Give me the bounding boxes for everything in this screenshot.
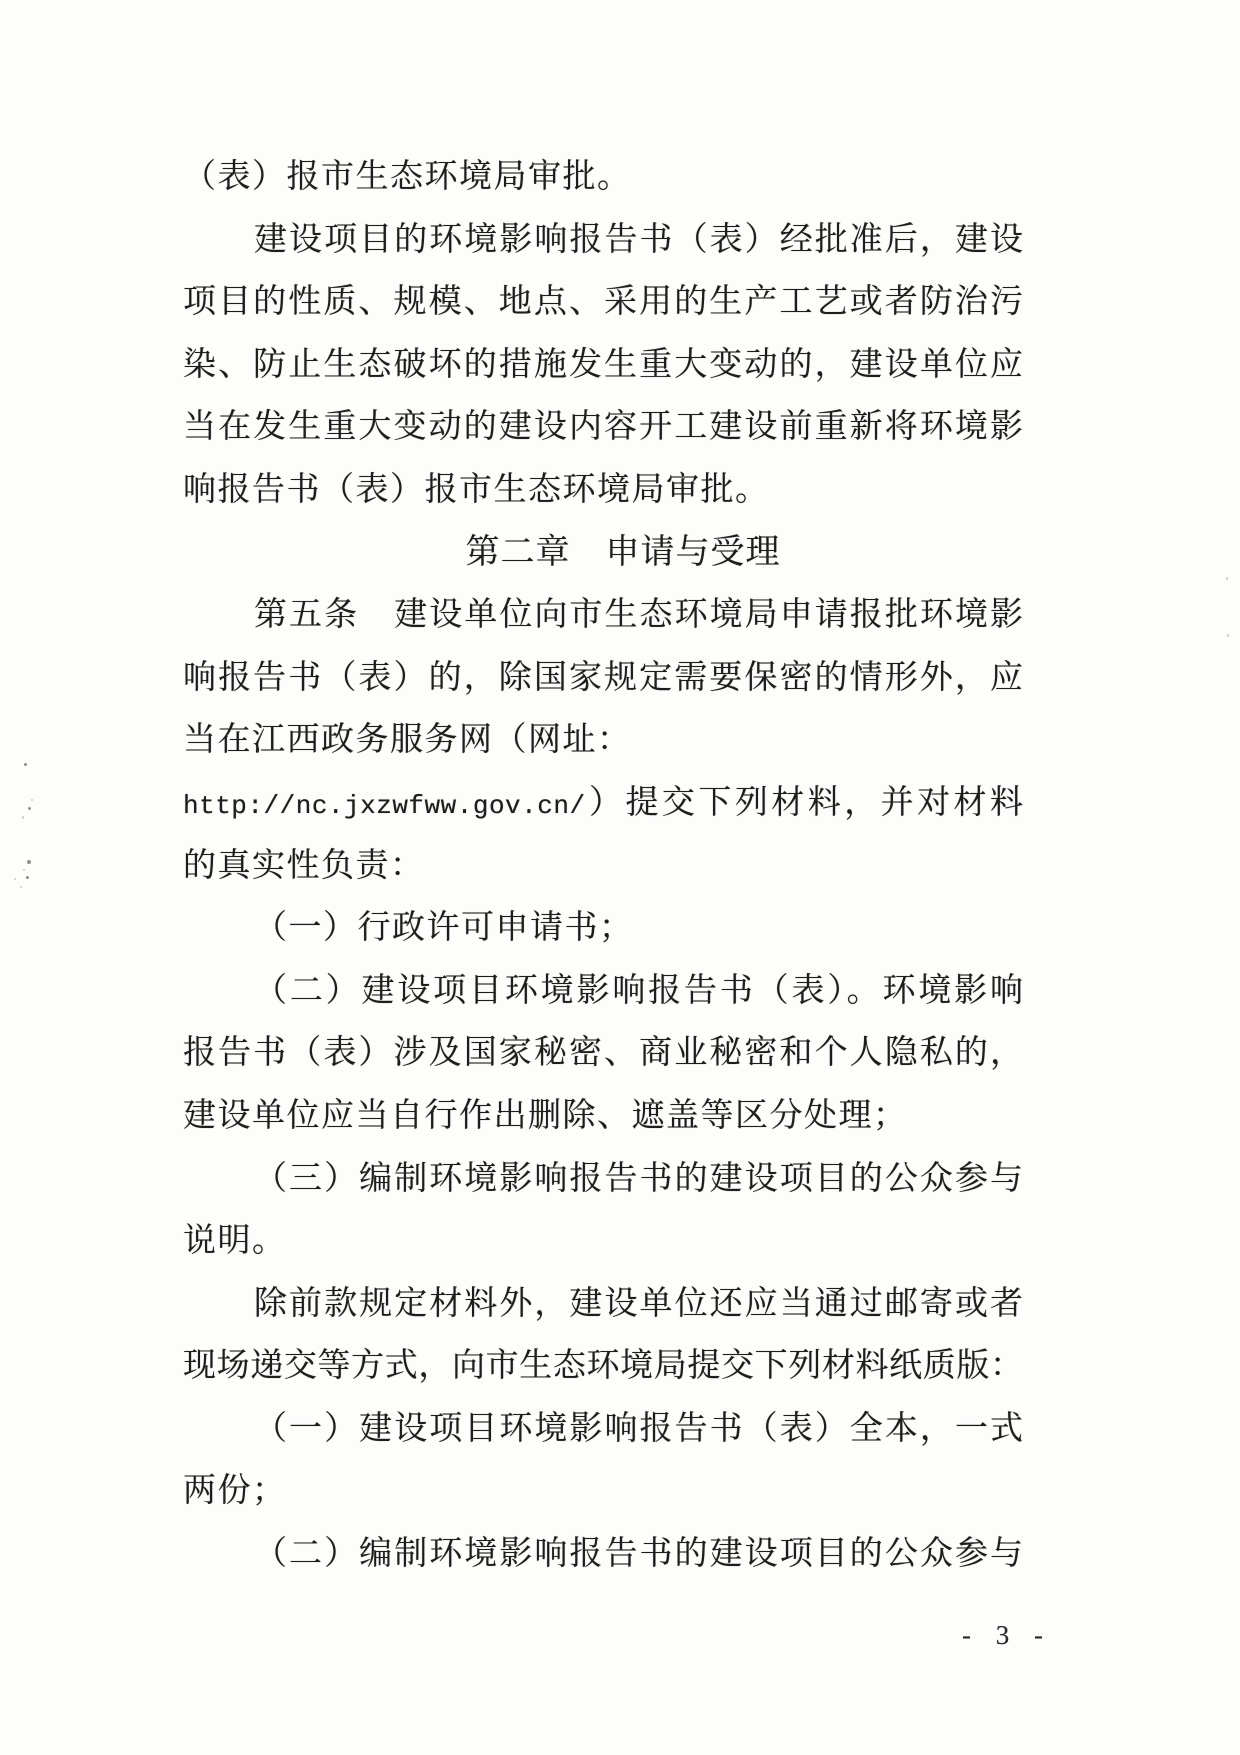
text-line: 染、防止生态破坏的措施发生重大变动的，建设单位应 xyxy=(183,334,1023,397)
chapter-heading: 第二章 申请与受理 xyxy=(183,522,1023,585)
scan-speck xyxy=(22,816,24,819)
text-line: （一）建设项目环境影响报告书（表）全本，一式 xyxy=(183,1398,1023,1461)
scan-speck xyxy=(28,807,31,810)
text-line: 说明。 xyxy=(183,1210,1023,1273)
text-segment: ）提交下列材料，并对材料 xyxy=(586,785,1023,821)
scan-speck xyxy=(27,860,31,864)
text-line: （三）编制环境影响报告书的建设项目的公众参与 xyxy=(183,1148,1023,1211)
text-line: 两份； xyxy=(183,1460,1023,1523)
scanned-document-page: （表）报市生态环境局审批。建设项目的环境影响报告书（表）经批准后，建设项目的性质… xyxy=(0,0,1240,1755)
text-line: 的真实性负责： xyxy=(183,835,1023,898)
text-line: 除前款规定材料外，建设单位还应当通过邮寄或者 xyxy=(183,1273,1023,1336)
scan-speck xyxy=(26,876,29,879)
text-line: http://nc.jxzwfww.gov.cn/）提交下列材料，并对材料 xyxy=(183,772,1023,835)
scan-speck xyxy=(23,869,25,871)
text-line: （二）编制环境影响报告书的建设项目的公众参与 xyxy=(183,1523,1023,1586)
text-line: （二）建设项目环境影响报告书（表）。环境影响 xyxy=(183,960,1023,1023)
url-text: http://nc.jxzwfww.gov.cn/ xyxy=(183,791,586,821)
text-line: 现场递交等方式，向市生态环境局提交下列材料纸质版： xyxy=(183,1335,1023,1398)
scan-speck xyxy=(1226,577,1228,580)
text-line: 第五条 建设单位向市生态环境局申请报批环境影 xyxy=(183,584,1023,647)
scan-speck xyxy=(24,763,27,766)
text-line: 响报告书（表）报市生态环境局审批。 xyxy=(183,459,1023,522)
scan-speck xyxy=(1227,634,1229,637)
text-line: 报告书（表）涉及国家秘密、商业秘密和个人隐私的， xyxy=(183,1022,1023,1085)
document-lines: （表）报市生态环境局审批。建设项目的环境影响报告书（表）经批准后，建设项目的性质… xyxy=(183,146,1023,1586)
text-line: （一）行政许可申请书； xyxy=(183,897,1023,960)
text-line: 项目的性质、规模、地点、采用的生产工艺或者防治污 xyxy=(183,271,1023,334)
scan-speck xyxy=(31,799,33,801)
page-number: - 3 - xyxy=(962,1620,1052,1651)
text-line: 当在发生重大变动的建设内容开工建设前重新将环境影 xyxy=(183,396,1023,459)
scan-speck xyxy=(20,886,22,888)
text-line: 当在江西政务服务网（网址： xyxy=(183,709,1023,772)
text-line: 响报告书（表）的，除国家规定需要保密的情形外，应 xyxy=(183,647,1023,710)
text-line: 建设项目的环境影响报告书（表）经批准后，建设 xyxy=(183,209,1023,272)
text-line: 建设单位应当自行作出删除、遮盖等区分处理； xyxy=(183,1085,1023,1148)
text-line: （表）报市生态环境局审批。 xyxy=(183,146,1023,209)
scan-speck xyxy=(14,878,16,880)
